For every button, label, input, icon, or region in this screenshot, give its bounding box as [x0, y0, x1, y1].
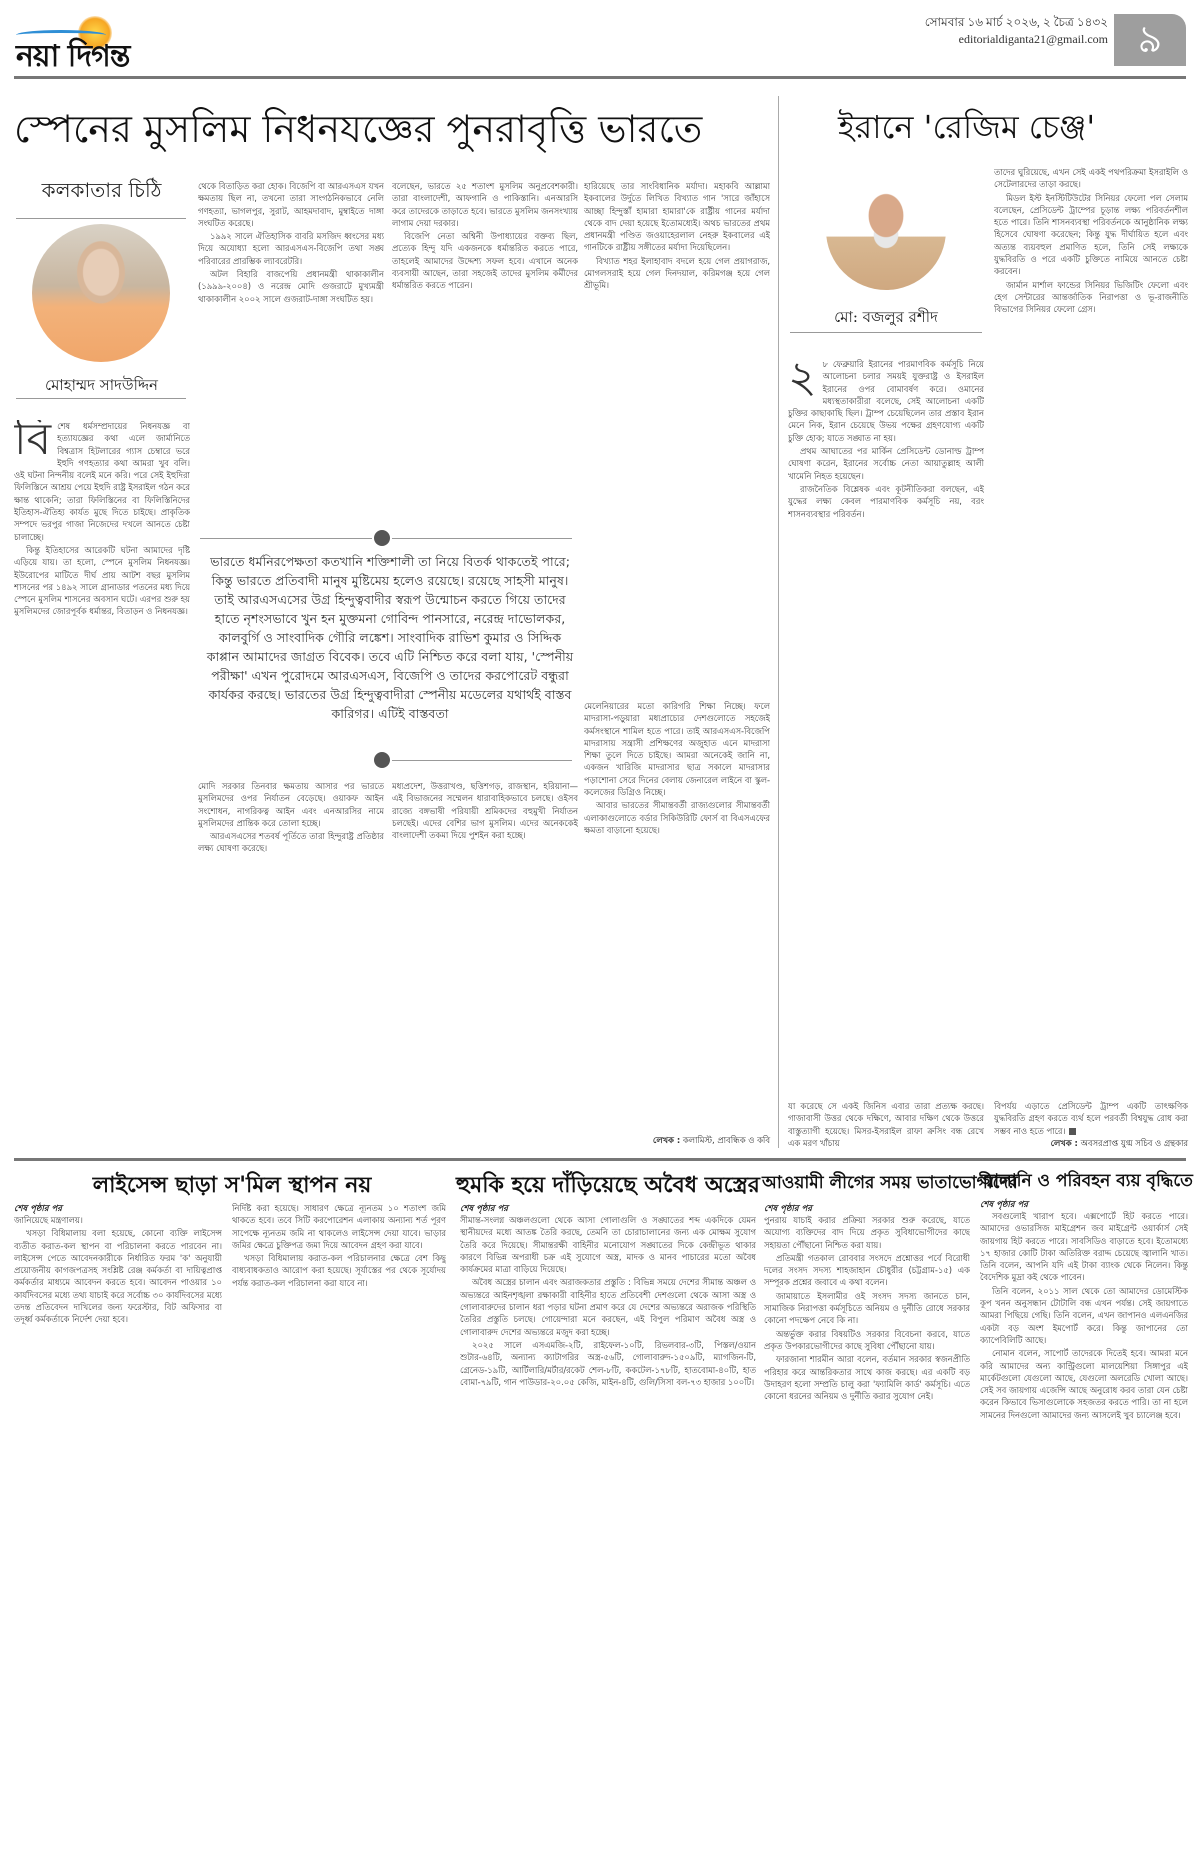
- author-name: মোহাম্মদ সাদউদ্দিন: [14, 374, 189, 399]
- quote-rule-top-right: [392, 538, 572, 539]
- newspaper-logo[interactable]: নয়া দিগন্ত: [16, 14, 216, 66]
- quote-rule-top-left: [200, 538, 372, 539]
- issue-date: সোমবার ১৬ মার্চ ২০২৬, ২ চৈত্র ১৪৩২: [925, 14, 1108, 31]
- second-byline: লেখক : অবসরপ্রাপ্ত যুগ্ম সচিব ও গ্রন্থকা…: [994, 1137, 1188, 1151]
- section-rule: [14, 1158, 1186, 1161]
- author-name: মো: বজলুর রশীদ: [786, 306, 986, 331]
- column-title: কলকাতার চিঠি: [14, 176, 189, 209]
- quote-dot-top: [374, 530, 390, 546]
- bottom-headline-3: আওয়ামী লীগের সময় ভাতাভোগীদের: [762, 1170, 972, 1198]
- second-col-2: তাদের ঘুরিয়েছে, এখন সেই একই পথপরিক্রমা …: [994, 166, 1188, 1102]
- author-photo: [826, 170, 946, 290]
- author-rule: [16, 398, 186, 399]
- masthead: নয়া দিগন্ত সোমবার ১৬ মার্চ ২০২৬, ২ চৈত্…: [0, 0, 1200, 80]
- second-closing-right: বিপর্যয় এড়াতে প্রেসিডেন্ট ট্রাম্প একটি…: [994, 1100, 1188, 1138]
- lead-byline: লেখক : কলামিস্ট, প্রাবন্ধিক ও কবি: [584, 1134, 770, 1148]
- quote-rule-bottom: [392, 760, 572, 761]
- bottom-1-col-2: নির্দিষ্ট করা হয়েছে। সাধারণ ক্ষেত্রে ন্…: [232, 1202, 446, 1864]
- bottom-3-body: পুনরায় যাচাই করার প্রক্রিয়া সরকার শুরু…: [764, 1214, 970, 1864]
- bottom-4-body: সবগুলোই খারাপ হবে। এক্সপোর্টে হিট করতে প…: [980, 1210, 1188, 1864]
- second-col-1: ২ ৮ ফেব্রুয়ারি ইরানের পারমাণবিক কর্মসূচ…: [788, 358, 984, 1102]
- lead-col-4: হারিয়েছে তার সাংবিধানিক মর্যাদা। মহাকবি…: [584, 180, 770, 700]
- dropcap: বি: [14, 422, 51, 458]
- lead-col-3: বলেছেন, ভারতে ২৫ শতাংশ মুসলিম অনুপ্রবেশক…: [392, 180, 578, 540]
- lead-headline: স্পেনের মুসলিম নিধনযজ্ঞের পুনরাবৃত্তি ভা…: [14, 100, 702, 164]
- bottom-headline-1: লাইসেন্স ছাড়া স'মিল স্থাপন নয়: [14, 1168, 450, 1205]
- dropcap: ২: [788, 360, 817, 396]
- lead-lower-col-2: মধ্যপ্রদেশ, উত্তরাখণ্ড, ছত্তিশগড়, রাজস্…: [392, 780, 578, 1148]
- lead-col-1: বি শেষ ধর্মসম্প্রদায়ের নিধনযজ্ঞ বা হত্য…: [14, 420, 190, 1148]
- author-photo: [32, 224, 170, 362]
- pull-quote: ভারতে ধর্মনিরপেক্ষতা কতখানি শক্তিশালী তা…: [204, 552, 576, 723]
- bottom-headline-2: হুমকি হয়ে দাঁড়িয়েছে অবৈধ অস্ত্রের: [456, 1168, 756, 1205]
- date-block: সোমবার ১৬ মার্চ ২০২৬, ২ চৈত্র ১৪৩২ edito…: [925, 14, 1108, 48]
- column-title-rule: [16, 218, 186, 219]
- page-number-badge: ৯: [1114, 14, 1186, 66]
- lead-lower-col-3: মেলেনিয়ারের মতো কারিগরি শিক্ষা নিচ্ছে। …: [584, 700, 770, 1132]
- second-headline: ইরানে 'রেজিম চেঞ্জ': [838, 102, 1095, 156]
- bottom-2-body: সীমান্ত-সংলগ্ন অঞ্চলগুলো থেকে আসা গোলাগু…: [460, 1214, 756, 1864]
- end-mark-icon: [1069, 1128, 1076, 1135]
- editorial-email[interactable]: editorialdiganta21@gmail.com: [925, 31, 1108, 48]
- bottom-1-col-1: জানিয়েছে মন্ত্রণালয়। খসড়া বিধিমালায় …: [14, 1214, 222, 1864]
- second-closing-left: যা করেছে সে একই জিনিস এবার তারা প্রত্যক্…: [788, 1100, 984, 1150]
- lead-col-2: থেকে বিতাড়িত করা হোক। বিজেপি বা আরএসএস …: [198, 180, 384, 540]
- bottom-headline-4: জ্বালানি ও পরিবহন ব্যয় বৃদ্ধিতে: [980, 1168, 1190, 1196]
- author-rule: [790, 332, 982, 333]
- masthead-rule: [14, 76, 1186, 79]
- article-divider: [778, 96, 779, 1148]
- lead-lower-col-1: মোদি সরকার তিনবার ক্ষমতায় আসার পর ভারতে…: [198, 780, 384, 1148]
- quote-dot-bottom: [374, 752, 390, 768]
